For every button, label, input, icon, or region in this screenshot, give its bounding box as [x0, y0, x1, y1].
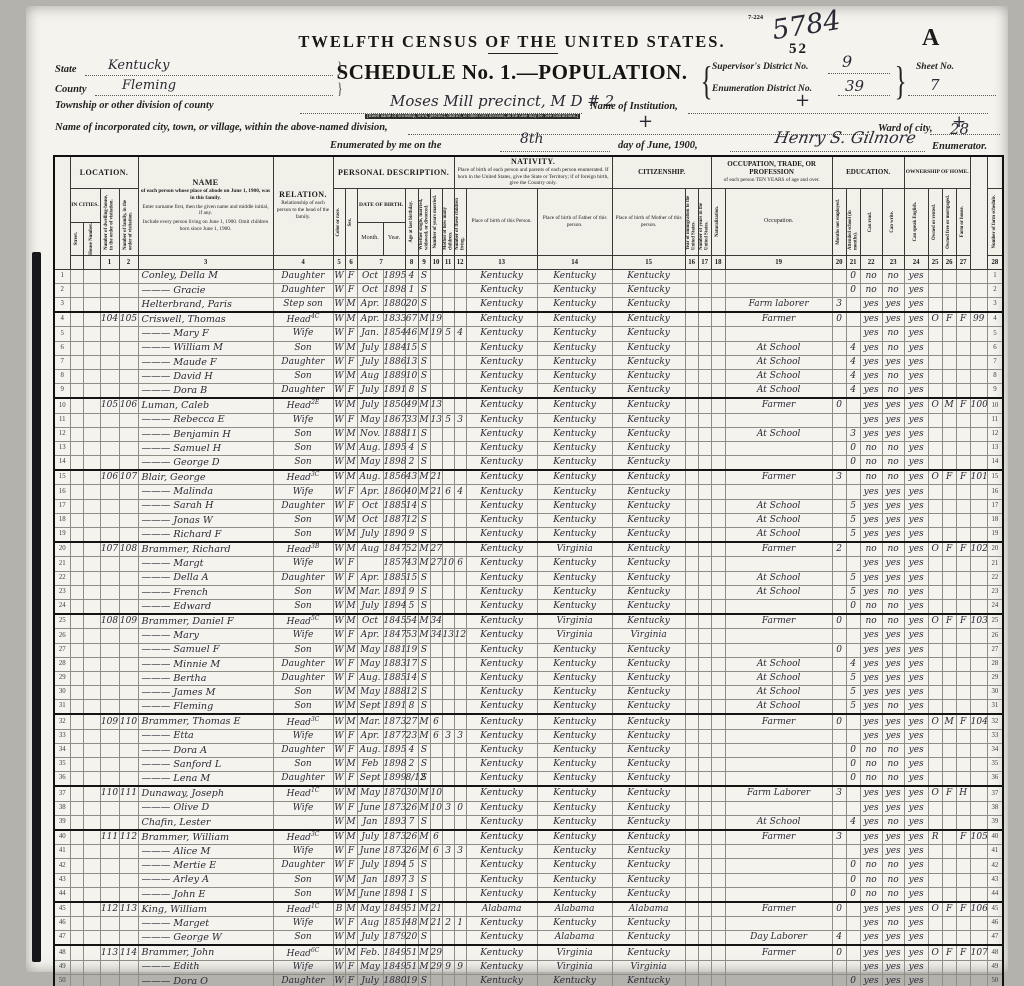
cell-children-born	[442, 974, 454, 986]
cell-immigration-year	[685, 714, 698, 729]
cell-birth-month: July	[357, 341, 383, 355]
cell-naturalization	[711, 830, 725, 845]
cell-farm-house: F	[956, 542, 970, 557]
cell-family-number	[119, 298, 138, 313]
cell-birthplace-person: Kentucky	[466, 327, 537, 341]
cell-row-number: 46	[54, 917, 70, 931]
cell-farm-schedule-number	[970, 585, 987, 599]
cell-immigration-year	[685, 686, 698, 700]
cell-occupation	[725, 772, 832, 787]
cell-street	[70, 528, 83, 543]
cell-marital-status: S	[418, 571, 430, 585]
cell-sex: M	[345, 714, 357, 729]
colnum: 28	[987, 255, 1003, 269]
cell-row-number: 47	[54, 931, 70, 946]
cell-birth-year: 1881	[383, 643, 405, 657]
cell-occupation	[725, 859, 832, 873]
cell-school-months: 4	[846, 384, 860, 399]
cell-years-in-us	[698, 700, 711, 715]
cell-row-number-right: 10	[987, 398, 1003, 413]
cell-children-born	[442, 369, 454, 383]
cell-street	[70, 327, 83, 341]
state-brace: }	[337, 60, 342, 78]
header-personal-description: PERSONAL DESCRIPTION.	[333, 156, 454, 188]
cell-immigration-year	[685, 873, 698, 887]
cell-months-not-employed	[832, 700, 846, 715]
cell-birth-month: Aug.	[357, 671, 383, 685]
cell-relation: Son	[273, 758, 333, 772]
cell-birthplace-person: Kentucky	[466, 714, 537, 729]
cell-children-born	[442, 772, 454, 787]
cell-row-number-right: 49	[987, 960, 1003, 974]
cell-occupation: At School	[725, 571, 832, 585]
cell-immigration-year	[685, 470, 698, 485]
cell-can-write: yes	[882, 729, 904, 743]
cell-sex: M	[345, 873, 357, 887]
cell-months-not-employed: 3	[832, 786, 846, 801]
cell-dwelling-number	[100, 815, 119, 830]
cell-years-in-us	[698, 355, 711, 369]
cell-years-married: 6	[430, 845, 442, 859]
cell-relation: Wife	[273, 845, 333, 859]
cell-naturalization	[711, 974, 725, 986]
cell-age: 5	[405, 599, 418, 614]
cell-birthplace-mother: Kentucky	[612, 269, 685, 283]
cell-relation: Son	[273, 931, 333, 946]
cell-relation: Daughter	[273, 772, 333, 787]
header-birthplace-mother: Place of birth of Mother of this person.	[612, 188, 685, 255]
enumerated-day-value: 8th	[520, 131, 544, 147]
table-row: 15106107Blair, GeorgeHead3CWMAug.185643M…	[54, 470, 1003, 485]
cell-birth-year: 1860	[383, 485, 405, 499]
cell-children-born	[442, 643, 454, 657]
district-brace-left: {	[701, 57, 713, 104]
cell-can-write: yes	[882, 629, 904, 643]
cell-can-speak-english: yes	[904, 441, 928, 455]
cell-owned-rented	[928, 441, 942, 455]
cell-children-born	[442, 945, 454, 960]
cell-marital-status: M	[418, 786, 430, 801]
cell-owned-free-mortgaged	[942, 585, 956, 599]
cell-occupation	[725, 269, 832, 283]
colnum: 20	[832, 255, 846, 269]
cell-owned-rented	[928, 557, 942, 571]
cell-years-married: 21	[430, 470, 442, 485]
cell-birth-month: Aug	[357, 917, 383, 931]
cell-owned-free-mortgaged: F	[942, 542, 956, 557]
cell-birth-month: Jan	[357, 873, 383, 887]
cell-months-not-employed	[832, 772, 846, 787]
cell-birthplace-mother: Kentucky	[612, 341, 685, 355]
cell-children-living	[454, 859, 466, 873]
cell-row-number: 25	[54, 614, 70, 629]
cell-children-living	[454, 743, 466, 757]
township-value: Moses Mill precinct, M D # 2	[390, 92, 614, 110]
cell-color-race: W	[333, 815, 345, 830]
cell-row-number-right: 43	[987, 873, 1003, 887]
cell-occupation: At School	[725, 815, 832, 830]
cell-can-read: yes	[860, 917, 882, 931]
cell-street	[70, 571, 83, 585]
cell-row-number-right: 18	[987, 513, 1003, 527]
table-row: 36——— Lena MDaughterWFSept18998/12SKentu…	[54, 772, 1003, 787]
cell-name: ——— Samuel F	[138, 643, 273, 657]
cell-school-months	[846, 298, 860, 313]
cell-owned-free-mortgaged	[942, 671, 956, 685]
cell-name: ——— Mary	[138, 629, 273, 643]
cell-naturalization	[711, 845, 725, 859]
cell-birthplace-father: Kentucky	[537, 513, 612, 527]
cell-birth-year: 1849	[383, 945, 405, 960]
cell-can-speak-english: yes	[904, 369, 928, 383]
cell-can-read: no	[860, 887, 882, 902]
cell-dwelling-number	[100, 485, 119, 499]
cell-family-number	[119, 931, 138, 946]
cell-years-in-us	[698, 917, 711, 931]
cell-birth-year: 1851	[383, 917, 405, 931]
cell-farm-schedule-number	[970, 355, 987, 369]
cell-birth-month: Apr.	[357, 729, 383, 743]
cell-house-number	[83, 269, 100, 283]
cell-owned-free-mortgaged	[942, 845, 956, 859]
cell-owned-free-mortgaged	[942, 441, 956, 455]
cell-farm-schedule-number	[970, 269, 987, 283]
cell-house-number	[83, 758, 100, 772]
cell-age: 43	[405, 557, 418, 571]
title-flourish	[488, 53, 558, 54]
institution-label: Name of Institution,	[590, 101, 678, 112]
cell-sex: F	[345, 974, 357, 986]
cell-birthplace-father: Kentucky	[537, 384, 612, 399]
cell-children-born: 6	[442, 485, 454, 499]
cell-owned-free-mortgaged	[942, 643, 956, 657]
cell-naturalization	[711, 312, 725, 327]
cell-years-in-us	[698, 887, 711, 902]
cell-birth-month: July	[357, 931, 383, 946]
cell-row-number: 20	[54, 542, 70, 557]
cell-naturalization	[711, 599, 725, 614]
cell-months-not-employed	[832, 456, 846, 471]
header-can-speak-english: Can speak English.	[904, 188, 928, 255]
cell-can-write: no	[882, 283, 904, 297]
cell-family-number	[119, 599, 138, 614]
cell-years-in-us	[698, 341, 711, 355]
cell-name: ——— Bertha	[138, 671, 273, 685]
cell-can-write: no	[882, 859, 904, 873]
cell-birth-month: Jan.	[357, 327, 383, 341]
cell-family-number: 109	[119, 614, 138, 629]
cell-birth-year: 1845	[383, 614, 405, 629]
cell-occupation: Farmer	[725, 542, 832, 557]
table-row: 4104105Criswell, ThomasHead4CWMApr.18336…	[54, 312, 1003, 327]
cell-farm-schedule-number	[970, 413, 987, 427]
cell-relation	[273, 815, 333, 830]
cell-row-number-right: 19	[987, 528, 1003, 543]
cell-birthplace-father: Kentucky	[537, 571, 612, 585]
cell-months-not-employed	[832, 845, 846, 859]
cell-relation: Wife	[273, 413, 333, 427]
cell-color-race: W	[333, 441, 345, 455]
cell-street	[70, 557, 83, 571]
cell-immigration-year	[685, 269, 698, 283]
cell-children-living	[454, 499, 466, 513]
cell-birth-month: Sept	[357, 700, 383, 715]
cell-relation: Son	[273, 427, 333, 441]
header-can-write: Can write.	[882, 188, 904, 255]
table-row: 37110111Dunaway, JosephHead1CWMMay187030…	[54, 786, 1003, 801]
cell-marital-status: M	[418, 485, 430, 499]
cell-family-number	[119, 758, 138, 772]
institution-value: +	[795, 90, 810, 111]
cell-age: 9	[405, 528, 418, 543]
enumeration-underline	[838, 94, 890, 96]
cell-owned-rented	[928, 427, 942, 441]
cell-school-months	[846, 786, 860, 801]
district-brace-right: }	[895, 57, 907, 104]
cell-immigration-year	[685, 945, 698, 960]
cell-birthplace-father: Kentucky	[537, 441, 612, 455]
cell-owned-rented: O	[928, 902, 942, 917]
cell-birthplace-person: Kentucky	[466, 671, 537, 685]
cell-birthplace-mother: Kentucky	[612, 298, 685, 313]
cell-row-number: 16	[54, 485, 70, 499]
cell-birth-year: 1891	[383, 384, 405, 399]
cell-years-in-us	[698, 629, 711, 643]
colnum: 6	[345, 255, 357, 269]
cell-dwelling-number	[100, 758, 119, 772]
cell-family-number: 111	[119, 786, 138, 801]
cell-birth-month: July	[357, 384, 383, 399]
colnum: 16	[685, 255, 698, 269]
colnum: 11	[442, 255, 454, 269]
cell-years-in-us	[698, 614, 711, 629]
cell-months-not-employed	[832, 729, 846, 743]
cell-birth-year: 1885	[383, 499, 405, 513]
cell-farm-house: F	[956, 714, 970, 729]
cell-children-living	[454, 298, 466, 313]
cell-can-write: yes	[882, 686, 904, 700]
cell-years-married	[430, 441, 442, 455]
cell-sex: M	[345, 614, 357, 629]
cell-children-born	[442, 499, 454, 513]
cell-immigration-year	[685, 485, 698, 499]
cell-owned-free-mortgaged	[942, 528, 956, 543]
cell-children-living	[454, 427, 466, 441]
table-row: 49——— EdithWifeWFMay184951M2999KentuckyV…	[54, 960, 1003, 974]
state-underline	[85, 74, 333, 76]
cell-birthplace-father: Kentucky	[537, 873, 612, 887]
cell-house-number	[83, 917, 100, 931]
census-table-body: 1Conley, Della MDaughterWFOct18954SKentu…	[54, 269, 1003, 986]
table-row: 31——— FlemingSonWMSept18918SKentuckyKent…	[54, 700, 1003, 715]
table-row: 18——— Jonas WSonWMOct188712SKentuckyKent…	[54, 513, 1003, 527]
cell-months-not-employed	[832, 269, 846, 283]
colnum: 5	[333, 255, 345, 269]
cell-can-write: yes	[882, 298, 904, 313]
cell-row-number-right: 5	[987, 327, 1003, 341]
header-house-number: House Number.	[83, 222, 100, 255]
cell-house-number	[83, 714, 100, 729]
cell-owned-free-mortgaged: F	[942, 312, 956, 327]
cell-color-race: W	[333, 298, 345, 313]
cell-years-married	[430, 384, 442, 399]
cell-children-living	[454, 643, 466, 657]
cell-birthplace-father: Kentucky	[537, 369, 612, 383]
cell-age: 15	[405, 571, 418, 585]
cell-row-number-right: 34	[987, 743, 1003, 757]
cell-owned-rented	[928, 643, 942, 657]
cell-street	[70, 355, 83, 369]
cell-months-not-employed	[832, 657, 846, 671]
cell-birthplace-father: Kentucky	[537, 859, 612, 873]
supervisor-district-value: 9	[842, 52, 852, 71]
cell-relation: Wife	[273, 485, 333, 499]
cell-farm-schedule-number	[970, 283, 987, 297]
cell-birthplace-mother: Virginia	[612, 960, 685, 974]
cell-birth-month: Aug.	[357, 470, 383, 485]
cell-owned-free-mortgaged: F	[942, 786, 956, 801]
cell-birth-year: 1877	[383, 729, 405, 743]
cell-age: 8	[405, 384, 418, 399]
cell-row-number: 30	[54, 686, 70, 700]
cell-birth-year: 1879	[383, 931, 405, 946]
cell-birthplace-person: Kentucky	[466, 269, 537, 283]
cell-children-living: 12	[454, 629, 466, 643]
cell-can-write: no	[882, 815, 904, 830]
cell-color-race: W	[333, 327, 345, 341]
header-immigration-year: Year of immigration to the United States…	[685, 188, 698, 255]
cell-birth-year: 1873	[383, 714, 405, 729]
cell-immigration-year	[685, 441, 698, 455]
cell-name: ——— Alice M	[138, 845, 273, 859]
cell-birth-year: 1883	[383, 657, 405, 671]
cell-school-months: 5	[846, 686, 860, 700]
table-row: 21——— MargtWifeWF185743M27106KentuckyKen…	[54, 557, 1003, 571]
cell-age: 52	[405, 542, 418, 557]
cell-relation: Daughter	[273, 283, 333, 297]
cell-relation: Daughter	[273, 384, 333, 399]
cell-owned-rented	[928, 355, 942, 369]
cell-can-speak-english: yes	[904, 887, 928, 902]
cell-marital-status: M	[418, 327, 430, 341]
cell-can-speak-english: yes	[904, 571, 928, 585]
cell-naturalization	[711, 585, 725, 599]
cell-occupation	[725, 283, 832, 297]
cell-birthplace-person: Alabama	[466, 902, 537, 917]
cell-school-months	[846, 557, 860, 571]
cell-birthplace-person: Kentucky	[466, 974, 537, 986]
cell-school-months: 0	[846, 887, 860, 902]
cell-sex: M	[345, 456, 357, 471]
table-row: 34——— Dora ADaughterWFAug.18954SKentucky…	[54, 743, 1003, 757]
cell-months-not-employed	[832, 671, 846, 685]
table-row: 38——— Olive DWifeWFJune187326M1030Kentuc…	[54, 801, 1003, 815]
table-row: 46——— MargetWifeWFAug185148M2121Kentucky…	[54, 917, 1003, 931]
cell-birthplace-mother: Kentucky	[612, 743, 685, 757]
cell-years-married: 6	[430, 714, 442, 729]
cell-dwelling-number	[100, 729, 119, 743]
cell-school-months	[846, 470, 860, 485]
cell-dwelling-number: 105	[100, 398, 119, 413]
cell-years-in-us	[698, 945, 711, 960]
cell-street	[70, 499, 83, 513]
cell-can-read: yes	[860, 629, 882, 643]
cell-years-in-us	[698, 845, 711, 859]
cell-immigration-year	[685, 341, 698, 355]
cell-can-speak-english: yes	[904, 815, 928, 830]
cell-occupation: Farmer	[725, 830, 832, 845]
cell-row-number-right: 3	[987, 298, 1003, 313]
cell-house-number	[83, 369, 100, 383]
cell-birth-month: May	[357, 902, 383, 917]
cell-name: ——— Arley A	[138, 873, 273, 887]
cell-age: 14	[405, 671, 418, 685]
colnum: 1	[100, 255, 119, 269]
colnum: 9	[418, 255, 430, 269]
cell-children-born	[442, 384, 454, 399]
cell-row-number-right: 27	[987, 643, 1003, 657]
cell-farm-house: F	[956, 945, 970, 960]
cell-owned-rented: O	[928, 398, 942, 413]
cell-farm-house	[956, 283, 970, 297]
cell-immigration-year	[685, 830, 698, 845]
cell-family-number	[119, 485, 138, 499]
cell-owned-free-mortgaged	[942, 887, 956, 902]
cell-years-married	[430, 427, 442, 441]
cell-birthplace-mother: Kentucky	[612, 714, 685, 729]
header-months-not-employed: Months not employed.	[832, 188, 846, 255]
cell-street	[70, 269, 83, 283]
cell-occupation: Farmer	[725, 714, 832, 729]
cell-row-number: 49	[54, 960, 70, 974]
relation-sub: Relationship of each person to the head …	[274, 199, 333, 221]
cell-years-married: 29	[430, 945, 442, 960]
cell-children-born	[442, 657, 454, 671]
cell-can-read: no	[860, 772, 882, 787]
cell-birth-month: July	[357, 830, 383, 845]
cell-children-living	[454, 341, 466, 355]
cell-birthplace-father: Kentucky	[537, 499, 612, 513]
cell-immigration-year	[685, 456, 698, 471]
cell-color-race: W	[333, 887, 345, 902]
cell-owned-rented: O	[928, 786, 942, 801]
cell-age: 49	[405, 398, 418, 413]
cell-house-number	[83, 629, 100, 643]
cell-naturalization	[711, 887, 725, 902]
cell-immigration-year	[685, 931, 698, 946]
cell-house-number	[83, 398, 100, 413]
cell-marital-status: M	[418, 629, 430, 643]
cell-owned-free-mortgaged	[942, 873, 956, 887]
cell-family-number	[119, 441, 138, 455]
page-letter: A	[922, 25, 939, 52]
relation-tally-mark: 1C	[311, 903, 319, 910]
cell-farm-house	[956, 528, 970, 543]
cell-house-number	[83, 931, 100, 946]
table-row: 23——— FrenchSonWMMar.18919SKentuckyKentu…	[54, 585, 1003, 599]
cell-marital-status: M	[418, 413, 430, 427]
cell-children-living	[454, 441, 466, 455]
cell-row-number: 27	[54, 643, 70, 657]
cell-can-read: yes	[860, 312, 882, 327]
cell-naturalization	[711, 283, 725, 297]
cell-years-married: 6	[430, 729, 442, 743]
cell-birthplace-person: Kentucky	[466, 542, 537, 557]
cell-can-speak-english: yes	[904, 470, 928, 485]
cell-immigration-year	[685, 786, 698, 801]
cell-color-race: W	[333, 801, 345, 815]
cell-row-number: 37	[54, 786, 70, 801]
